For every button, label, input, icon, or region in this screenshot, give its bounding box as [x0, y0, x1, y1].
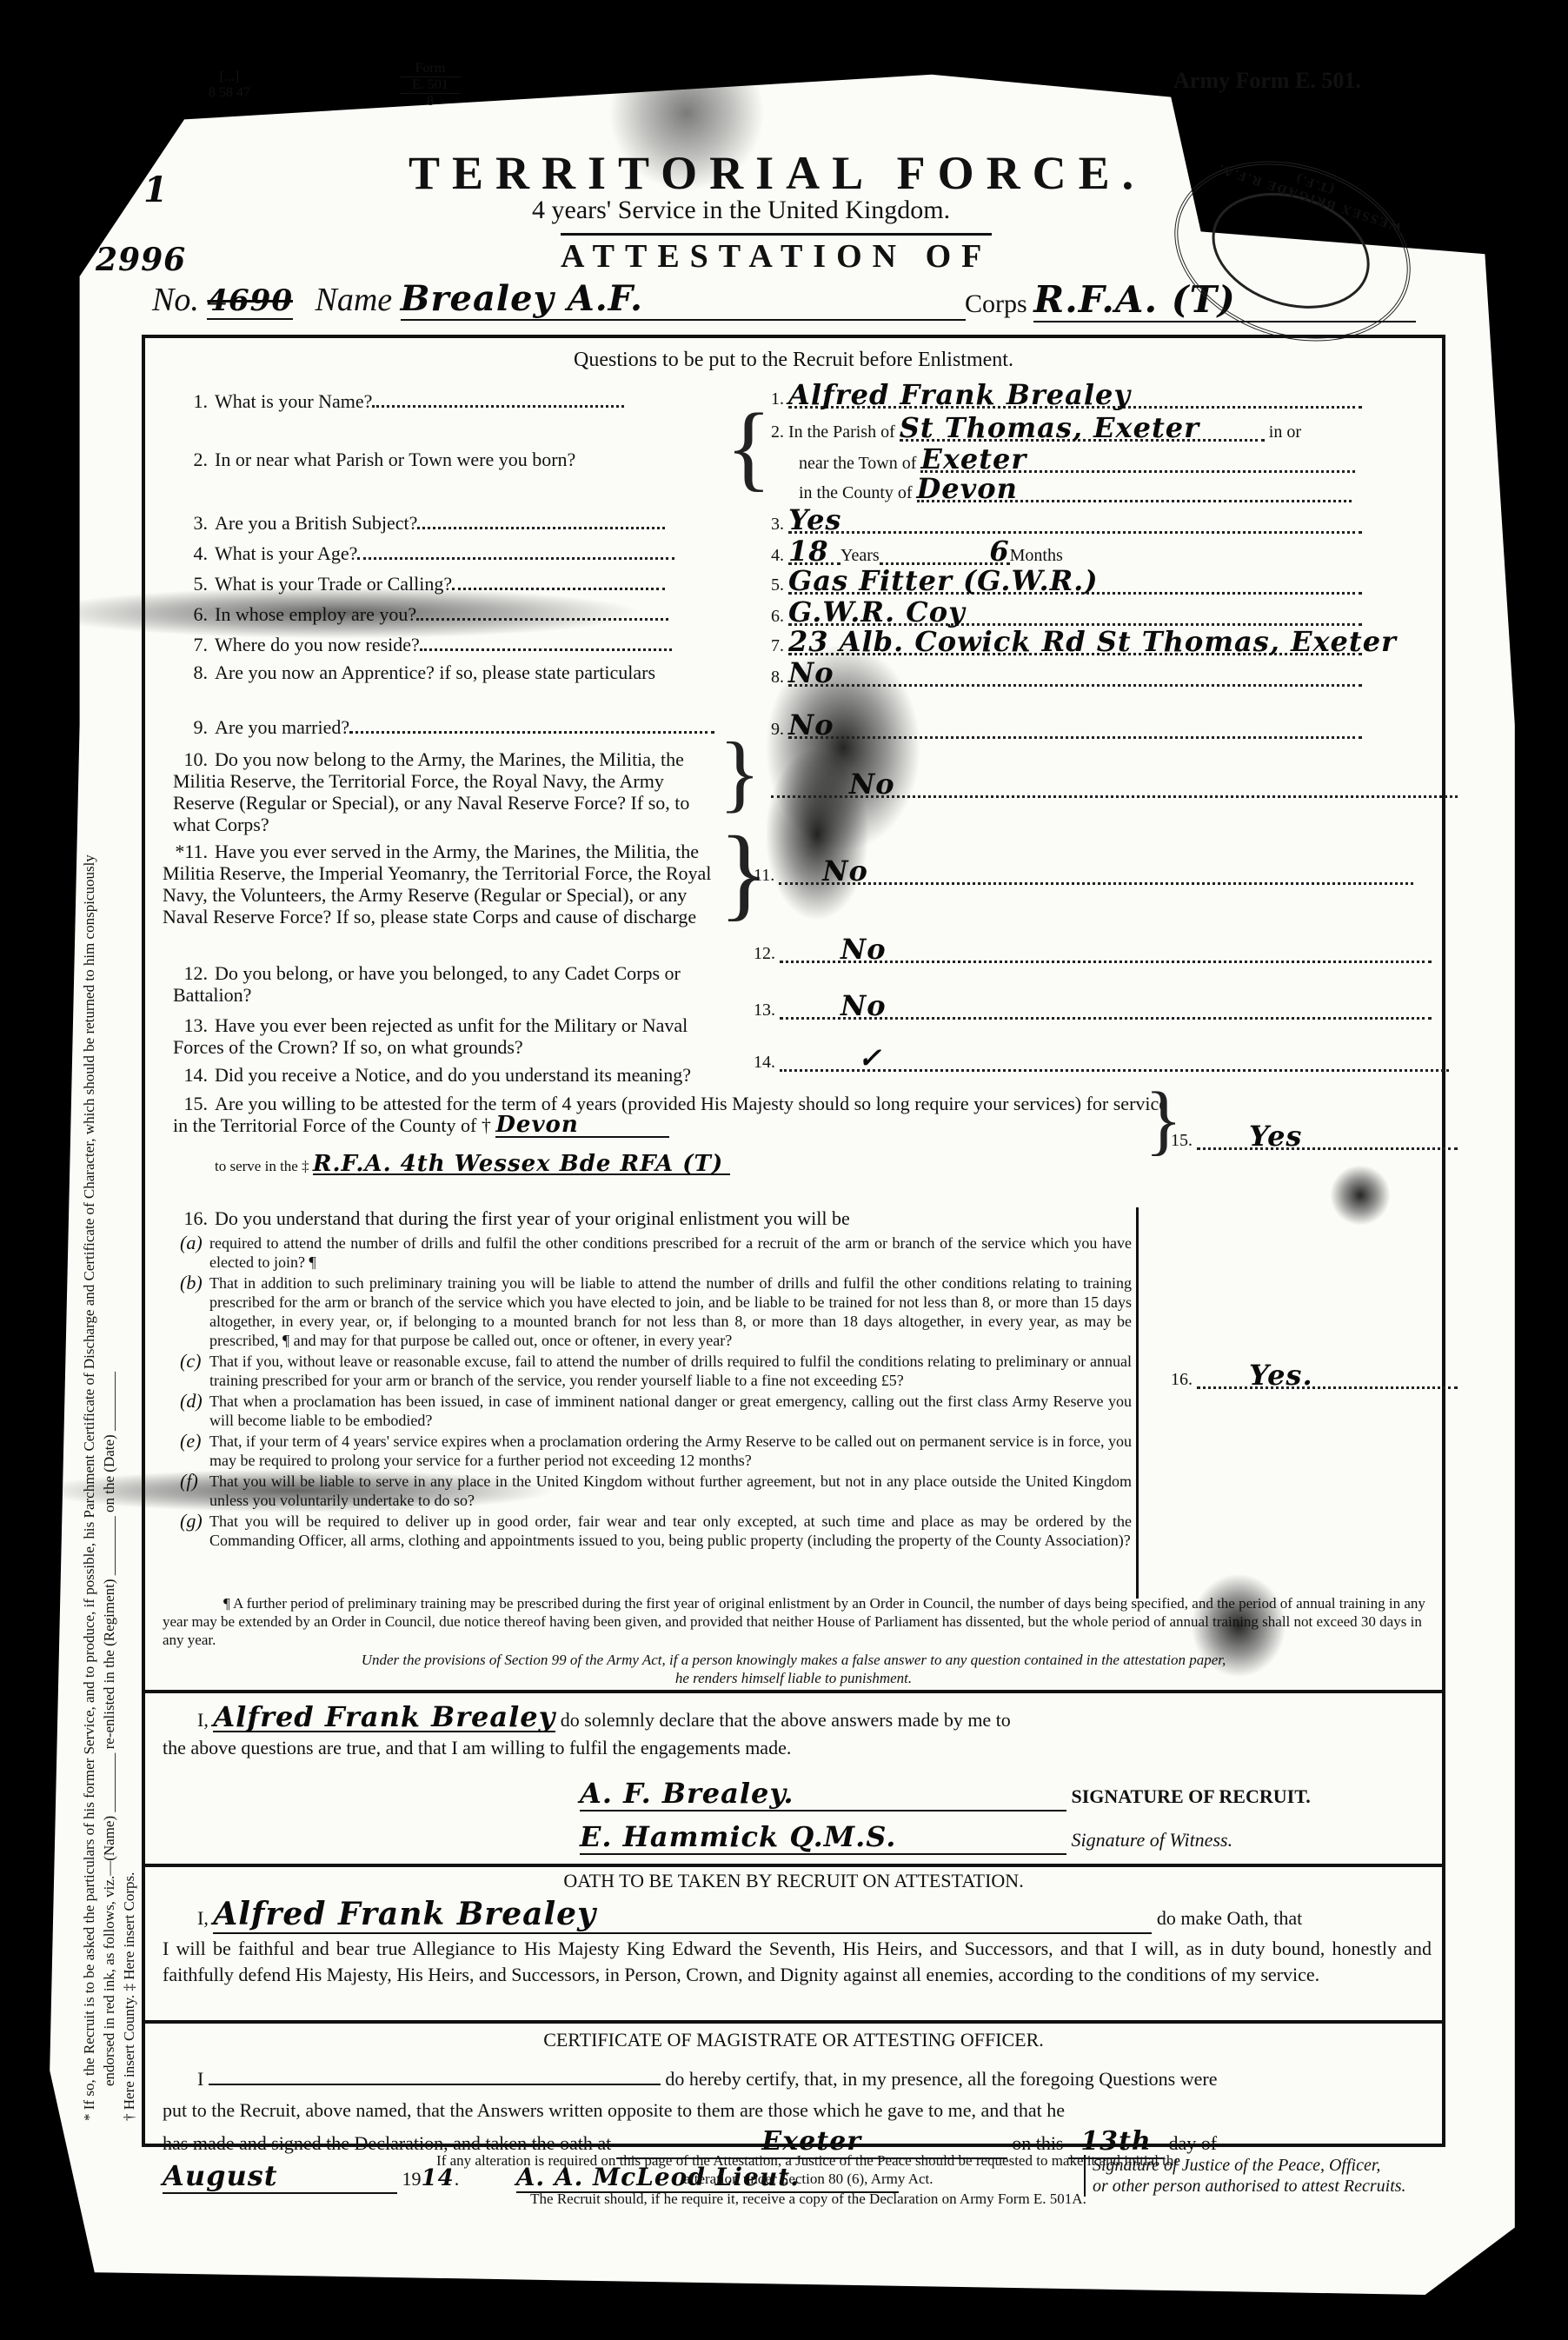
declaration: I, Alfred Frank Brealey do solemnly decl… — [163, 1703, 1432, 1762]
answer-number: 7. — [771, 636, 784, 655]
answer-number: 16. — [1171, 1370, 1193, 1389]
dot-leader — [417, 527, 665, 529]
witness-signature-label: Signature of Witness. — [1072, 1829, 1233, 1851]
answer-15: 15. Yes — [1171, 1125, 1458, 1152]
regimental-number: 4690 — [207, 283, 293, 320]
army-form-number: Army Form E. 501. — [1173, 68, 1361, 94]
margin-number: 1 — [143, 170, 169, 210]
oath-line: I, Alfred Frank Brealey do make Oath, th… — [163, 1896, 1432, 1934]
answer-number: 13. — [754, 1000, 775, 1020]
answer-number: 11. — [754, 866, 774, 885]
question-2: 2.In or near what Parish or Town were yo… — [173, 449, 729, 470]
question-text: Are you married? — [215, 716, 349, 738]
question-number: 5. — [173, 573, 208, 595]
subitem-letter: (a) — [180, 1233, 209, 1272]
bottom-note: If any alteration is required on this pa… — [200, 2151, 1417, 2170]
warning-line: Under the provisions of Section 99 of th… — [145, 1651, 1442, 1669]
answer-16: 16. Yes. — [1171, 1364, 1458, 1391]
answer-value: Devon — [917, 477, 1352, 502]
question-number: 8. — [173, 661, 208, 683]
question-text: What is your Name? — [215, 390, 372, 412]
answer-4: 4. 18Years6Months — [771, 540, 1063, 567]
recruit-signature-label: SIGNATURE OF RECRUIT. — [1072, 1785, 1311, 1807]
answer-number: 12. — [754, 944, 775, 963]
answer-value: No — [780, 938, 1432, 963]
question-number: 13. — [173, 1014, 208, 1036]
subitem-text: That you will be required to deliver up … — [209, 1512, 1132, 1550]
answer-number: 9. — [771, 720, 784, 739]
answer-10: No — [771, 773, 1458, 800]
declaration-prefix: I, — [197, 1709, 209, 1731]
question-text: Have you ever served in the Army, the Ma… — [163, 841, 711, 927]
serve-value: R.F.A. 4th Wessex Bde RFA (T) — [313, 1155, 730, 1175]
answer-8: 8. No — [771, 661, 1362, 688]
form-ref-line: Form — [400, 61, 461, 77]
answer-value: Yes. — [1197, 1364, 1458, 1389]
answer-12: 12. No — [754, 938, 1432, 965]
question-6: 6.In whose employ are you? — [173, 603, 668, 625]
question-text: Are you willing to be attested for the t… — [173, 1093, 1167, 1136]
answer-value: Yes — [788, 509, 1362, 534]
question-number: 10. — [173, 748, 208, 770]
question-number: 14. — [173, 1064, 208, 1086]
answer-number: 6. — [771, 607, 784, 626]
question-number: 15. — [173, 1093, 208, 1114]
witness-signature-line: E. Hammick Q.M.S. Signature of Witness. — [580, 1820, 1232, 1855]
subitem-text: That you will be liable to serve in any … — [209, 1472, 1132, 1510]
question-9: 9.Are you married? — [173, 716, 714, 738]
answer-suffix: in or — [1269, 422, 1301, 442]
answer-number: 15. — [1171, 1131, 1193, 1150]
subitem-text: required to attend the number of drills … — [209, 1233, 1132, 1272]
answer-value: Yes — [1197, 1125, 1458, 1150]
declaration-text: the above questions are true, and that I… — [163, 1737, 791, 1758]
oath-divider — [145, 1864, 1442, 1867]
answer-2-parish: 2. In the Parish of St Thomas, Exeter in… — [771, 416, 1301, 443]
dot-leader — [420, 648, 672, 651]
questions-box: Questions to be put to the Recruit befor… — [142, 335, 1445, 2147]
dot-leader — [372, 405, 624, 408]
serve-label: to serve in the ‡ — [215, 1158, 309, 1174]
question-text: In whose employ are you? — [215, 603, 416, 625]
form-title: TERRITORIAL FORCE. — [409, 146, 1146, 200]
answer-value: No — [788, 714, 1362, 739]
answer-13: 13. No — [754, 994, 1432, 1021]
form-reference-center: Form E. 501 8 — [400, 61, 461, 110]
subitem-text: That, if your term of 4 years' service e… — [209, 1432, 1132, 1470]
answer-value: No — [771, 773, 1458, 798]
answer-5: 5. Gas Fitter (G.W.R.) — [771, 569, 1362, 596]
question-text: Are you a British Subject? — [215, 512, 417, 534]
margin-note-1: * If so, the Recruit is to be asked the … — [80, 854, 99, 2121]
recruit-name-header: Brealey A.F. — [401, 278, 966, 321]
question-16-subitem: (f)That you will be liable to serve in a… — [180, 1472, 1132, 1510]
county-value: Devon — [495, 1114, 669, 1138]
recruit-signature-line: A. F. Brealey. SIGNATURE OF RECRUIT. — [580, 1777, 1311, 1812]
answer-value: No — [788, 661, 1362, 687]
answer-14: 14. ✓ — [754, 1047, 1449, 1074]
bottom-note: alteration under Section 80 (6), Army Ac… — [200, 2170, 1417, 2188]
name-label: Name — [316, 282, 393, 318]
answer-value: No — [780, 994, 1432, 1020]
question-12: 12.Do you belong, or have you belonged, … — [173, 962, 712, 1006]
age-years: 18 — [788, 540, 840, 565]
question-number: 7. — [173, 634, 208, 655]
answer-7: 7. 23 Alb. Cowick Rd St Thomas, Exeter — [771, 630, 1362, 657]
subitem-letter: (c) — [180, 1352, 209, 1390]
dot-leader — [452, 588, 665, 590]
question-text: What is your Age? — [215, 542, 357, 564]
witness-signature: E. Hammick Q.M.S. — [580, 1820, 1066, 1855]
corps-label: Corps — [965, 289, 1027, 318]
question-10: 10.Do you now belong to the Army, the Ma… — [173, 748, 712, 835]
answer-6: 6. G.W.R. Coy — [771, 601, 1362, 628]
question-text: Did you receive a Notice, and do you und… — [215, 1064, 691, 1086]
form-ref-line: 8 58 47 — [209, 85, 250, 101]
question-16-subitems: (a)required to attend the number of dril… — [180, 1233, 1132, 1552]
question-16-subitem: (a)required to attend the number of dril… — [180, 1233, 1132, 1272]
subitem-letter: (e) — [180, 1432, 209, 1470]
question-number: 16. — [173, 1207, 208, 1229]
answer-value: ✓ — [780, 1047, 1449, 1072]
question-text: What is your Trade or Calling? — [215, 573, 452, 595]
form-ref-line: E. 501 — [400, 77, 461, 94]
header-number-name-line: No. 4690 Name Brealey A.F. — [152, 278, 966, 321]
question-text: Do you belong, or have you belonged, to … — [173, 962, 681, 1006]
question-15: 15.Are you willing to be attested for th… — [173, 1093, 1173, 1138]
footnote: ¶ A further period of preliminary traini… — [163, 1594, 1427, 1649]
margin-note-3: † Here insert County. ‡ Here insert Corp… — [120, 1872, 139, 2121]
oath-text: do make Oath, that — [1157, 1907, 1302, 1929]
question-14: 14.Did you receive a Notice, and do you … — [173, 1064, 712, 1086]
subitem-letter: (b) — [180, 1273, 209, 1350]
question-16-subitem: (b)That in addition to such preliminary … — [180, 1273, 1132, 1350]
answer-value: No — [779, 860, 1413, 885]
certificate-divider — [145, 2020, 1442, 2024]
years-label: Years — [840, 546, 880, 565]
question-16-subitem: (d)That when a proclamation has been iss… — [180, 1392, 1132, 1430]
question-1: 1.What is your Name? — [173, 390, 729, 412]
dot-leader — [349, 731, 714, 734]
question-3: 3.Are you a British Subject? — [173, 512, 665, 534]
question-13: 13.Have you ever been rejected as unfit … — [173, 1014, 712, 1058]
question-number: *11. — [163, 841, 208, 862]
certificate-prefix: I — [197, 2068, 203, 2090]
certificate-heading: CERTIFICATE OF MAGISTRATE OR ATTESTING O… — [145, 2029, 1442, 2051]
certificate-body: I do hereby certify, that, in my presenc… — [163, 2064, 1432, 2159]
brace: { — [726, 421, 772, 473]
months-label: Months — [1010, 546, 1063, 565]
answer-11: 11. No — [754, 860, 1413, 887]
certificate-text: put to the Recruit, above named, that th… — [163, 2099, 1065, 2121]
question-16-subitem: (c)That if you, without leave or reasona… — [180, 1352, 1132, 1390]
declaration-text: do solemnly declare that the above answe… — [561, 1709, 1011, 1731]
question-16: 16.Do you understand that during the fir… — [173, 1207, 1129, 1229]
false-answer-warning: Under the provisions of Section 99 of th… — [145, 1651, 1442, 1687]
answer-9: 9. No — [771, 714, 1362, 741]
subitem-letter: (f) — [180, 1472, 209, 1510]
bottom-notes: If any alteration is required on this pa… — [200, 2151, 1417, 2208]
dot-leader — [357, 557, 674, 560]
oath-body: I will be faithful and bear true Allegia… — [163, 1936, 1432, 1988]
question-15-serve: to serve in the ‡ R.F.A. 4th Wessex Bde … — [215, 1155, 1171, 1175]
answer-number: 8. — [771, 668, 784, 687]
question-4: 4.What is your Age? — [173, 542, 674, 564]
answer-number: 3. — [771, 515, 784, 534]
subitem-letter: (g) — [180, 1512, 209, 1550]
oath-prefix: I, — [197, 1907, 209, 1929]
answer-2-county: in the County of Devon — [799, 477, 1352, 504]
answer-value: 23 Alb. Cowick Rd St Thomas, Exeter — [788, 630, 1362, 655]
question-number: 12. — [173, 962, 208, 984]
subitem-text: That if you, without leave or reasonable… — [209, 1352, 1132, 1390]
age-months: 6 — [880, 540, 1010, 565]
question-text: Have you ever been rejected as unfit for… — [173, 1014, 688, 1058]
dot-leader — [416, 618, 668, 621]
bottom-note: The Recruit should, if he require it, re… — [200, 2190, 1417, 2208]
number-label: No. — [152, 282, 199, 318]
declaration-divider — [145, 1690, 1442, 1693]
subitem-text: That when a proclamation has been issued… — [209, 1392, 1132, 1430]
answer-label: in the County of — [799, 483, 913, 502]
question-text: In or near what Parish or Town were you … — [215, 449, 575, 470]
question-8: 8.Are you now an Apprentice? if so, plea… — [173, 661, 712, 683]
margin-note-2: endorsed in red ink, as follows, viz.—(N… — [100, 1372, 119, 2086]
question-16-subitem: (e)That, if your term of 4 years' servic… — [180, 1432, 1132, 1470]
question-text: Do you understand that during the first … — [215, 1207, 850, 1229]
question-number: 9. — [173, 716, 208, 738]
answer-label: In the Parish of — [788, 422, 895, 442]
brace: } — [719, 747, 761, 799]
question-number: 2. — [173, 449, 208, 470]
attestation-heading: ATTESTATION OF — [561, 233, 992, 276]
answer-1: 1. Alfred Frank Brealey — [771, 383, 1362, 410]
question-11: *11.Have you ever served in the Army, th… — [163, 841, 712, 927]
subitem-letter: (d) — [180, 1392, 209, 1430]
question-number: 4. — [173, 542, 208, 564]
answer-2-town: near the Town of Exeter — [799, 448, 1355, 475]
old-regimental-number: 2996 — [96, 242, 186, 278]
declarant-name: Alfred Frank Brealey — [213, 1703, 555, 1732]
question-text: Where do you now reside? — [215, 634, 420, 655]
certificate-text: do hereby certify, that, in my presence,… — [665, 2068, 1217, 2090]
recruit-signature: A. F. Brealey. — [580, 1777, 1066, 1812]
answer-value: Exeter — [920, 448, 1355, 473]
question-16-subitem: (g)That you will be required to deliver … — [180, 1512, 1132, 1550]
question-number: 6. — [173, 603, 208, 625]
answer-value: St Thomas, Exeter — [900, 416, 1265, 442]
answer-3: 3. Yes — [771, 509, 1362, 535]
answer-label: near the Town of — [799, 454, 916, 473]
form-reference-left: [...] 8 58 47 — [209, 70, 250, 101]
oath-heading: OATH TO BE TAKEN BY RECRUIT ON ATTESTATI… — [145, 1870, 1442, 1892]
answer-number: 14. — [754, 1053, 775, 1072]
question-number: 3. — [173, 512, 208, 534]
answer-number: 1. — [771, 389, 784, 409]
subitem-text: That in addition to such preliminary tra… — [209, 1273, 1132, 1350]
answer-number: 5. — [771, 575, 784, 595]
answer-value: Gas Fitter (G.W.R.) — [788, 569, 1362, 595]
form-ref-line: 8 — [400, 94, 461, 110]
answer-value: G.W.R. Coy — [788, 601, 1362, 626]
questions-heading: Questions to be put to the Recruit befor… — [145, 349, 1442, 372]
question-text: Are you now an Apprentice? if so, please… — [215, 661, 655, 683]
form-subtitle: 4 years' Service in the United Kingdom. — [532, 196, 950, 225]
question-text: Do you now belong to the Army, the Marin… — [173, 748, 689, 835]
question-number: 1. — [173, 390, 208, 412]
form-ref-line: [...] — [209, 70, 250, 85]
answer-value: Alfred Frank Brealey — [788, 383, 1362, 409]
question-16-frame — [1136, 1207, 1142, 1599]
warning-line: he renders himself liable to punishment. — [145, 1669, 1442, 1687]
answer-number: 4. — [771, 546, 784, 565]
question-5: 5.What is your Trade or Calling? — [173, 573, 665, 595]
question-7: 7.Where do you now reside? — [173, 634, 672, 655]
oath-name: Alfred Frank Brealey — [213, 1896, 1152, 1934]
answer-number: 2. — [771, 422, 784, 442]
certifying-officer-name — [209, 2084, 661, 2085]
